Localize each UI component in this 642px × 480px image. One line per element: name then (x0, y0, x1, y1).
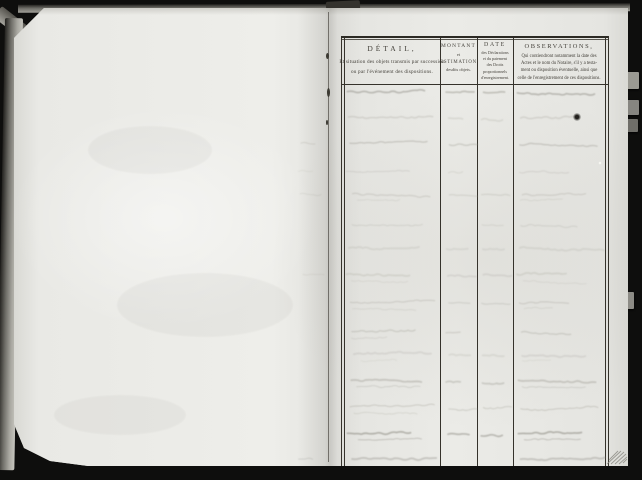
column-subtitle-line: desdits objets. (446, 66, 471, 74)
column-subtitle-line: ment ou disposition éventuelle, ainsi qu… (521, 67, 598, 74)
column-title: MONTANT (441, 43, 476, 49)
column-rule-date-observations (513, 36, 514, 466)
ink-speck (327, 88, 330, 97)
column-header-observations: OBSERVATIONS, Qui contiendront notamment… (513, 36, 605, 84)
table-border-right-outer (608, 36, 609, 466)
header-separator-rule (341, 84, 608, 85)
column-subtitle-line: ou par l'événement des dispositions. (351, 68, 433, 78)
column-header-detail: DÉTAIL, Et situation des objets transmis… (344, 36, 440, 84)
column-subtitle-line: Et situation des objets transmis par suc… (339, 58, 444, 68)
column-subtitle-line: celle de l'enregistrement de ces disposi… (517, 75, 600, 82)
column-rule-montant-date (477, 36, 478, 466)
table-border-left-inner (344, 36, 345, 466)
column-header-date: DATE des Déclarations et du paiement des… (477, 36, 513, 84)
column-title: OBSERVATIONS, (525, 43, 594, 50)
gutter-fold-line (328, 12, 329, 462)
ink-speck (326, 53, 329, 59)
column-subtitle-line: ESTIMATION (440, 59, 477, 67)
table-border-left-outer (341, 36, 342, 466)
book-leaf: DÉTAIL, Et situation des objets transmis… (14, 8, 628, 466)
column-header-montant: MONTANT et ESTIMATION desdits objets. (440, 36, 477, 84)
column-subtitle-line: et (457, 51, 460, 59)
column-title: DATE (484, 42, 506, 48)
scanned-register-page: DÉTAIL, Et situation des objets transmis… (0, 0, 642, 480)
column-title: DÉTAIL, (367, 44, 416, 53)
column-subtitle-line: d'enregistrement. (481, 75, 509, 81)
ink-speck (326, 120, 328, 125)
column-subtitle-line: Actes et le nom du Notaire, s'il y a tes… (521, 60, 597, 67)
column-rule-detail-montant (440, 36, 441, 466)
register-table: DÉTAIL, Et situation des objets transmis… (341, 36, 608, 466)
column-subtitle-line: Qui contiendront notamment la date des (521, 53, 596, 60)
table-border-right-inner (605, 36, 606, 466)
